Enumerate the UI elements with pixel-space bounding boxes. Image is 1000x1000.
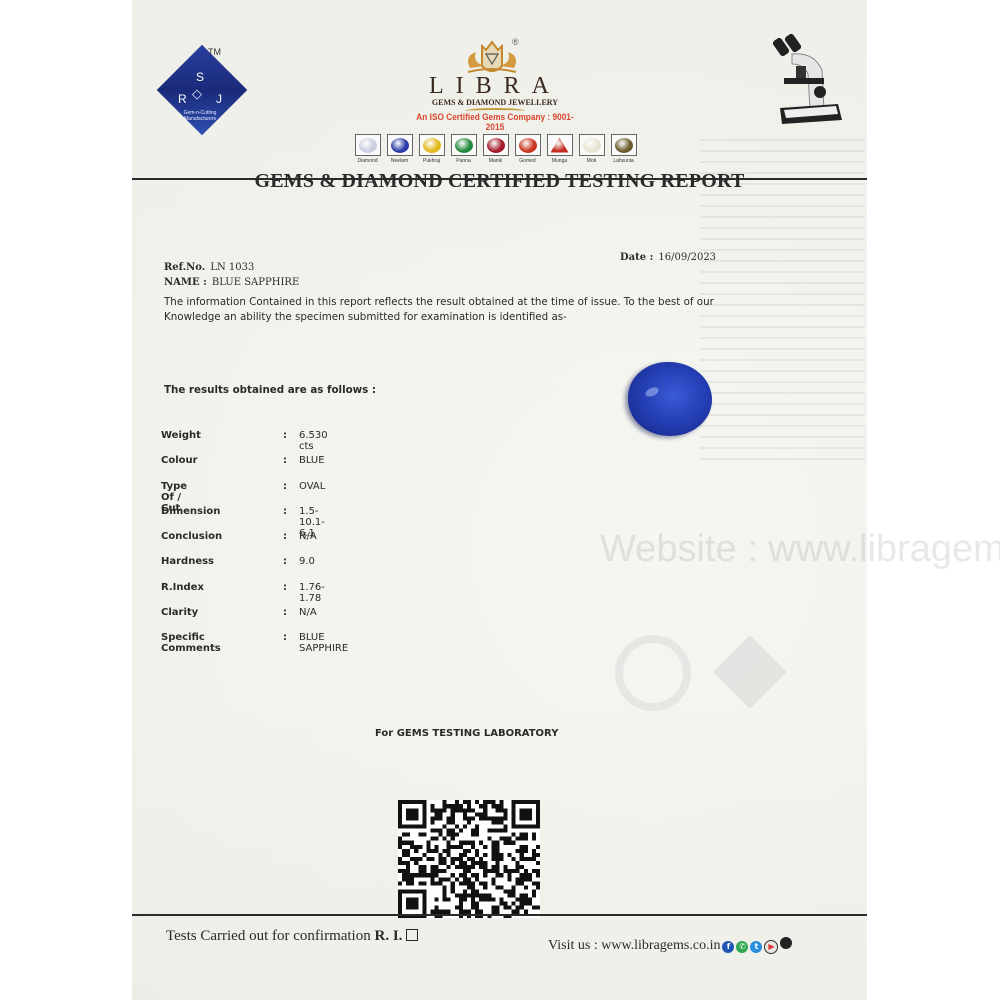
trademark-mark: TM bbox=[208, 47, 221, 57]
play-store-icon[interactable]: ▶ bbox=[764, 940, 778, 954]
gemstone-photo bbox=[628, 362, 712, 436]
twitter-icon[interactable]: t bbox=[750, 941, 762, 953]
spec-value: OVAL bbox=[299, 481, 325, 492]
tests-confirmation: Tests Carried out for confirmation R. I. bbox=[166, 928, 418, 945]
lab-signature-label: For GEMS TESTING LABORATORY bbox=[375, 728, 558, 739]
spec-value: 1.76-1.78 bbox=[299, 582, 325, 604]
diamond-stone-icon bbox=[359, 138, 377, 153]
spec-key: Specific Comments bbox=[161, 632, 221, 654]
whatsapp-icon[interactable]: ✆ bbox=[736, 941, 748, 953]
spec-key: Weight bbox=[161, 430, 201, 441]
report-date: Date : 16/09/2023 bbox=[620, 245, 716, 264]
footer-divider bbox=[132, 914, 867, 916]
gem-panna: Panna bbox=[449, 134, 478, 164]
gem-diamond: Diamond bbox=[353, 134, 382, 164]
spec-key: Colour bbox=[161, 455, 198, 466]
visit-us: Visit us : www.libragems.co.in f✆t▶ bbox=[548, 937, 792, 954]
diamond-icon: ◇ bbox=[192, 86, 202, 102]
brand-subtitle: GEMS & DIAMOND JEWELLERY bbox=[410, 98, 580, 107]
gem-neelam: Neelam bbox=[385, 134, 414, 164]
spec-value: N/A bbox=[299, 607, 317, 618]
iso-certification: An ISO Certified Gems Company : 9001-201… bbox=[412, 112, 578, 132]
gem-manik: Manik bbox=[481, 134, 510, 164]
spec-value: N/A bbox=[299, 531, 317, 542]
qr-code[interactable] bbox=[398, 800, 540, 918]
spec-key: Hardness bbox=[161, 556, 214, 567]
spec-key: Dimension bbox=[161, 506, 220, 517]
spec-value: 9.0 bbox=[299, 556, 315, 567]
registered-mark: ® bbox=[512, 37, 519, 47]
microscope-icon bbox=[770, 30, 850, 130]
intro-paragraph: The information Contained in this report… bbox=[164, 295, 774, 325]
pukhraj-stone-icon bbox=[423, 138, 441, 153]
gem-munga: Munga bbox=[545, 134, 574, 164]
spec-value: BLUE SAPPHIRE bbox=[299, 632, 348, 654]
gem-strip: DiamondNeelamPukhrajPannaManikGomedMunga… bbox=[353, 134, 638, 164]
watermark-website: Website : www.libragems.com bbox=[600, 528, 1000, 571]
results-heading: The results obtained are as follows : bbox=[164, 384, 376, 396]
neelam-stone-icon bbox=[391, 138, 409, 153]
panna-stone-icon bbox=[455, 138, 473, 153]
manik-stone-icon bbox=[487, 138, 505, 153]
facebook-icon[interactable]: f bbox=[722, 941, 734, 953]
checkbox-icon bbox=[406, 929, 418, 941]
gem-gomed: Gomed bbox=[513, 134, 542, 164]
brand-name: LIBRA bbox=[420, 73, 570, 100]
specimen-name: NAME : BLUE SAPPHIRE bbox=[164, 270, 299, 289]
gem-lahsunia: Lahsunia bbox=[609, 134, 638, 164]
gem-pukhraj: Pukhraj bbox=[417, 134, 446, 164]
spec-key: Conclusion bbox=[161, 531, 222, 542]
srj-logo-text: S ◇ R J Gem-n-Cutting Manufacturers bbox=[150, 48, 250, 138]
spec-key: Clarity bbox=[161, 607, 198, 618]
gem-moti: Moti bbox=[577, 134, 606, 164]
report-title: GEMS & DIAMOND CERTIFIED TESTING REPORT bbox=[132, 170, 867, 193]
spec-value: BLUE bbox=[299, 455, 325, 466]
gomed-stone-icon bbox=[519, 138, 537, 153]
watermark-seal bbox=[615, 635, 691, 711]
spec-value: 6.530 cts bbox=[299, 430, 328, 452]
spec-key: R.Index bbox=[161, 582, 204, 593]
moti-stone-icon bbox=[583, 138, 601, 153]
munga-stone-icon bbox=[551, 138, 569, 153]
website-link[interactable]: Visit us : www.libragems.co.in bbox=[548, 938, 720, 954]
lahsunia-stone-icon bbox=[615, 138, 633, 153]
apple-icon[interactable] bbox=[780, 937, 792, 949]
